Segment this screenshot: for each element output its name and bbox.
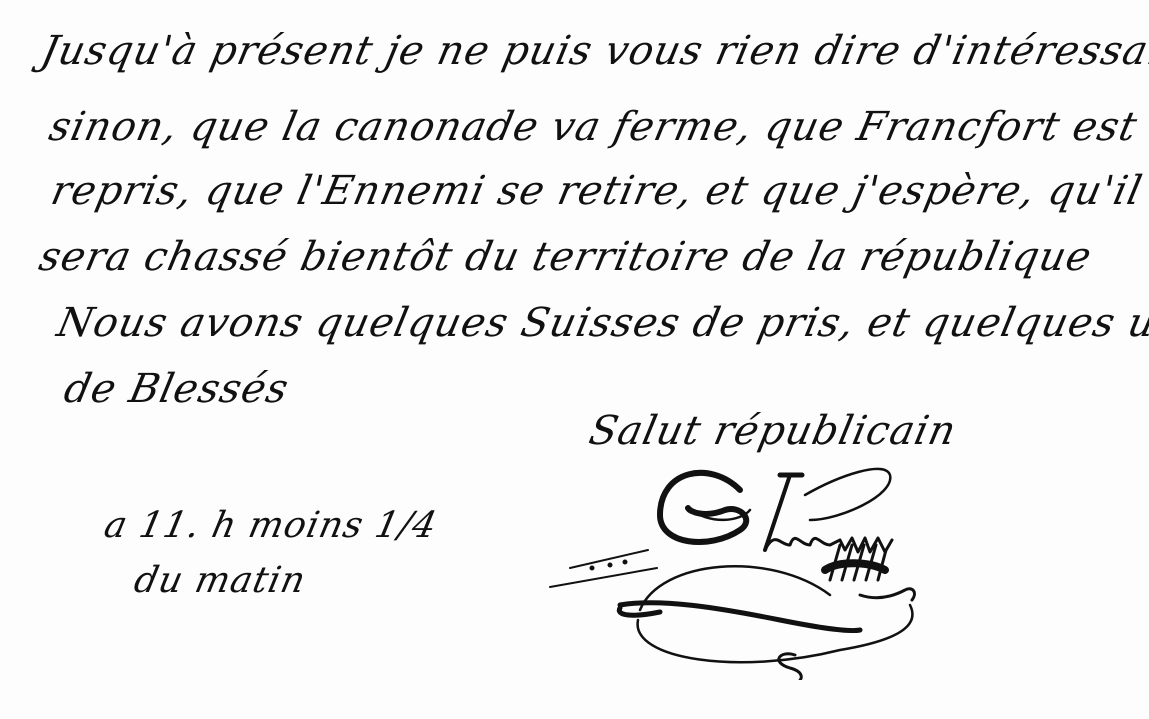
body-line-5: Nous avons quelques Suisses de pris, et … — [53, 300, 1149, 346]
body-line-6: de Blessés — [60, 366, 293, 412]
body-line-3: repris, que l'Ennemi se retire, et que j… — [47, 168, 1146, 214]
signature-flourish-icon — [540, 450, 960, 680]
signature: Kellermann — [540, 450, 960, 680]
closing-salutation: Salut républicain — [585, 408, 961, 454]
body-line-2: sinon, que la canonade va ferme, que Fra… — [45, 104, 1141, 150]
body-line-1: Jusqu'à présent je ne puis vous rien dir… — [37, 28, 1149, 74]
letter-page: Jusqu'à présent je ne puis vous rien dir… — [0, 0, 1149, 719]
body-line-4: sera chassé bientôt du territoire de la … — [35, 234, 1096, 280]
dateline-morning: du matin — [131, 560, 310, 601]
dateline-time: a 11. h moins 1/4 — [101, 505, 441, 546]
